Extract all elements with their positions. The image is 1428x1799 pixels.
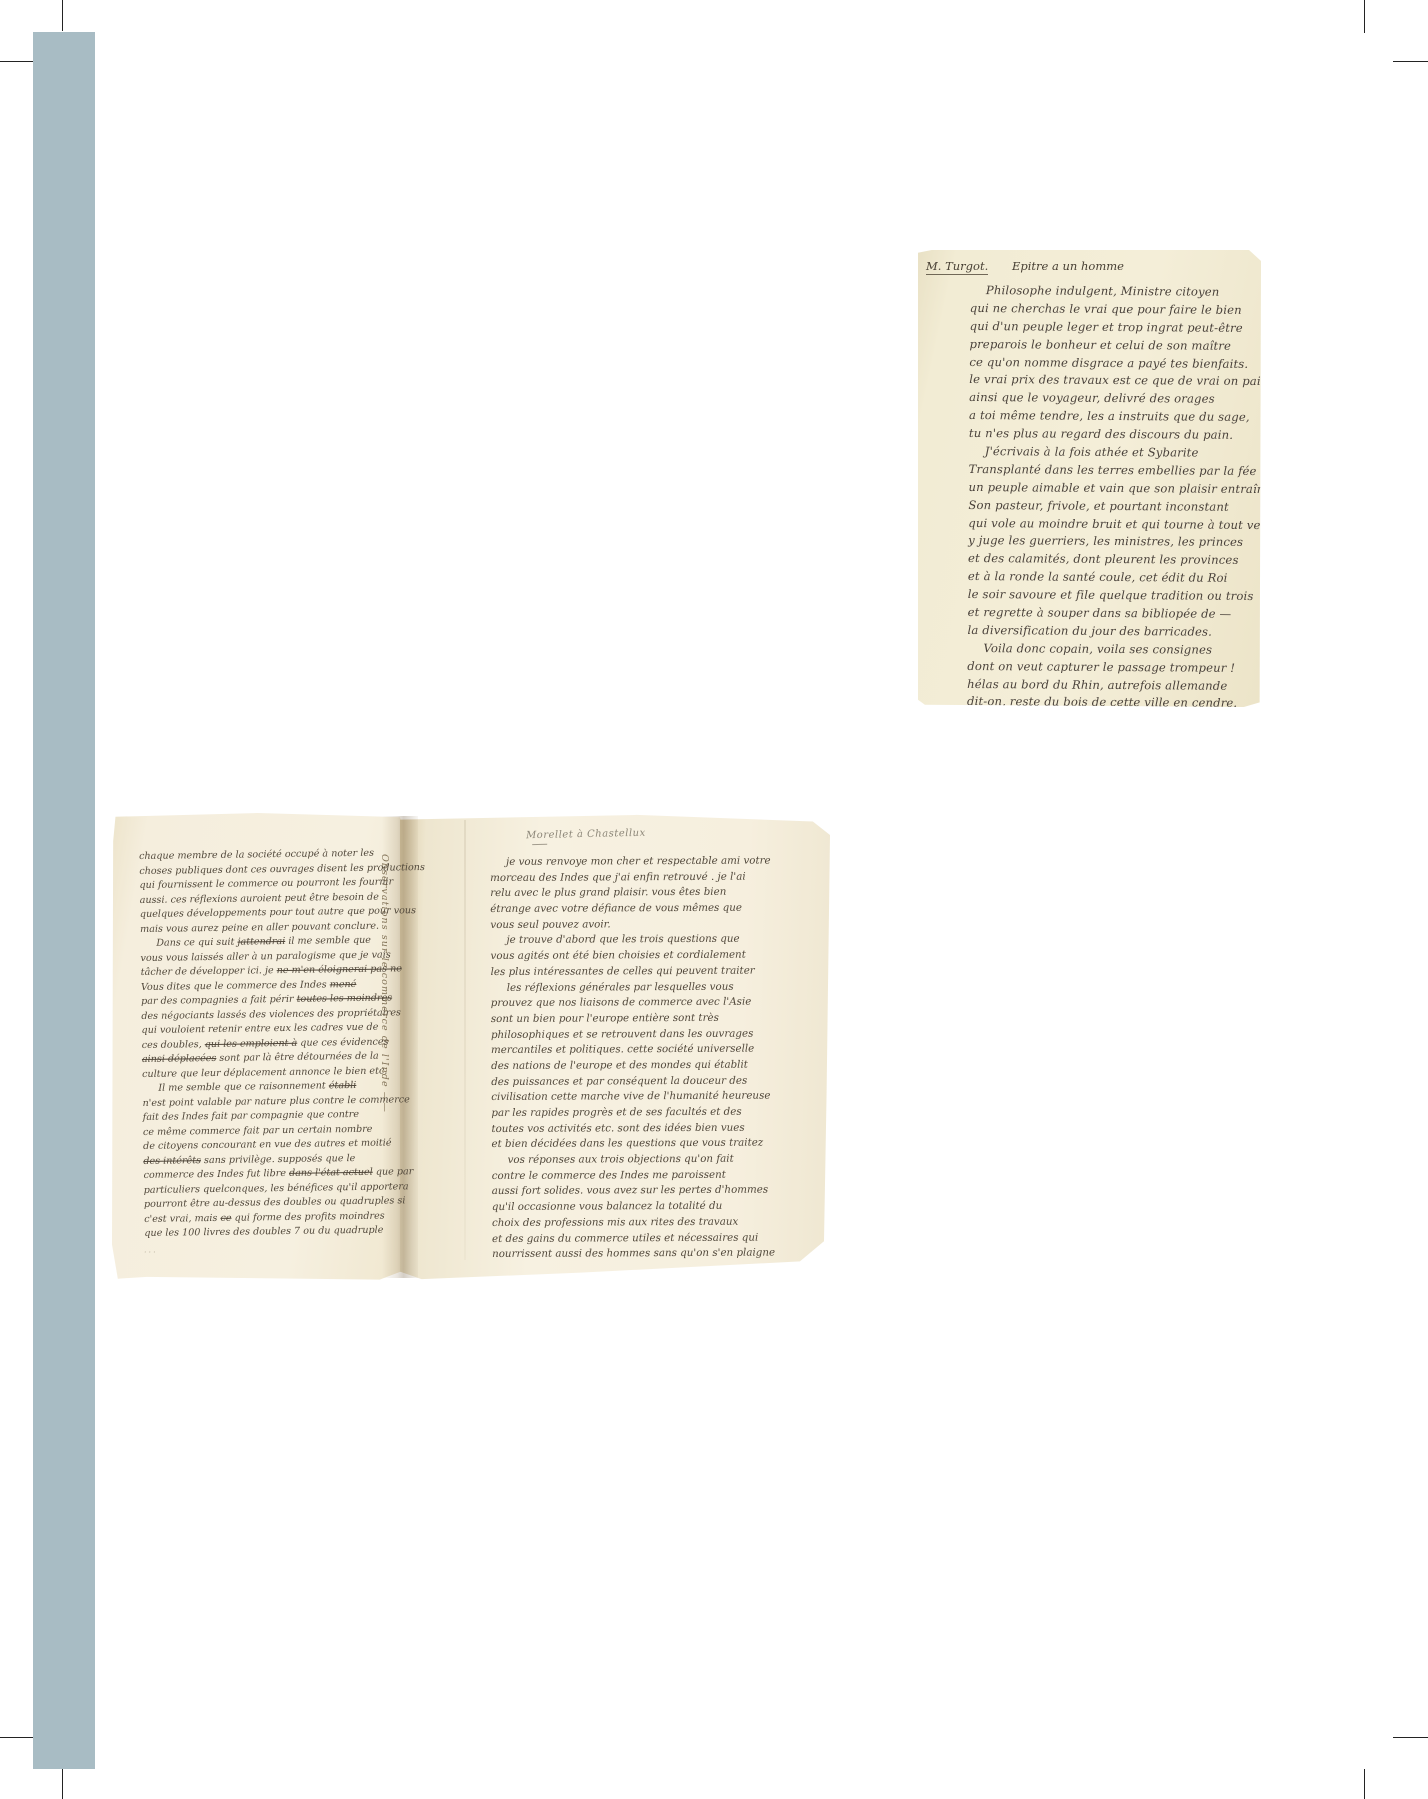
handwritten-line: dont on veut capturer le passage trompeu… <box>967 658 1254 678</box>
handwritten-line: toutes vos activités etc. sont des idées… <box>491 1120 829 1137</box>
handwritten-line: y juge les guerriers, les ministres, les… <box>968 532 1255 552</box>
manuscript-spread: Morellet à Chastellux Observations sur l… <box>112 810 830 1292</box>
handwritten-line: par les rapides progrès et de ses facult… <box>491 1104 829 1121</box>
letter-heading-name: M. Turgot. <box>926 259 988 275</box>
handwritten-line: ce qu'on nomme disgrace a payé tes bienf… <box>969 354 1256 374</box>
manuscript-letter-page: M. Turgot. Epitre a un homme Philosophe … <box>918 250 1261 707</box>
handwritten-line: je vous renvoye mon cher et respectable … <box>490 853 828 870</box>
handwritten-line: étrange avec votre défiance de vous même… <box>490 900 828 917</box>
handwritten-line: un peuple aimable et vain que son plaisi… <box>969 479 1256 499</box>
handwritten-line: vous seul pouvez avoir. <box>490 916 828 933</box>
letter-text-block: Philosophe indulgent, Ministre citoyenqu… <box>967 282 1257 713</box>
letter-heading-title: Epitre a un homme <box>1012 259 1124 273</box>
crop-mark-bottom-right-vertical <box>1364 1769 1365 1799</box>
handwritten-line: et à la ronde la santé coule, cet édit d… <box>968 568 1255 588</box>
handwritten-line: les réflexions générales par lesquelles … <box>491 979 829 996</box>
handwritten-line: Transplanté dans les terres embellies pa… <box>969 461 1256 481</box>
handwritten-line: hélas au bord du Rhin, autrefois alleman… <box>967 676 1254 696</box>
handwritten-line: mercantiles et politiques. cette société… <box>491 1041 829 1058</box>
handwritten-line: vos réponses aux trois objections qu'on … <box>492 1151 830 1168</box>
handwritten-line: contre le commerce des Indes me paroisse… <box>492 1167 830 1184</box>
crop-mark-top-left-vertical <box>62 0 63 31</box>
faint-pencil-mark: ··· <box>144 1248 158 1257</box>
crop-mark-bottom-right-horizontal <box>1393 1737 1428 1738</box>
right-page-text-block: je vous renvoye mon cher et respectable … <box>490 853 830 1263</box>
letter-header: M. Turgot. Epitre a un homme <box>926 259 1253 275</box>
handwritten-line: le soir savoure et file quelque traditio… <box>968 586 1255 606</box>
handwritten-line: civilisation cette marche vive de l'huma… <box>491 1089 829 1106</box>
handwritten-line: ainsi que le voyageur, delivré des orage… <box>969 389 1256 409</box>
handwritten-line: choix des professions mis aux rites des … <box>492 1214 830 1231</box>
handwritten-line: vous agités ont été bien choisies et cor… <box>490 947 828 964</box>
handwritten-line: relu avec le plus grand plaisir. vous êt… <box>490 885 828 902</box>
left-page-text-block: chaque membre de la société occupé à not… <box>139 846 402 1241</box>
handwritten-line: prouvez que nos liaisons de commerce ave… <box>491 994 829 1011</box>
crop-mark-top-right-vertical <box>1364 0 1365 33</box>
crop-mark-top-right-horizontal <box>1393 61 1428 62</box>
catalog-page: M. Turgot. Epitre a un homme Philosophe … <box>0 0 1428 1799</box>
handwritten-line: qui d'un peuple leger et trop ingrat peu… <box>970 318 1257 338</box>
handwritten-line: le vrai prix des travaux est ce que de v… <box>969 371 1256 391</box>
handwritten-line: je trouve d'abord que les trois question… <box>490 932 828 949</box>
handwritten-line: qui ne cherchas le vrai que pour faire l… <box>970 300 1257 320</box>
handwritten-line: et bien décidées dans les questions que … <box>491 1136 829 1153</box>
handwritten-line: qui vole au moindre bruit et qui tourne … <box>968 515 1255 535</box>
handwritten-line: des puissances et par conséquent la douc… <box>491 1073 829 1090</box>
handwritten-line: Son pasteur, frivole, et pourtant incons… <box>968 497 1255 517</box>
handwritten-line: sont un bien pour l'europe entière sont … <box>491 1010 829 1027</box>
handwritten-line: morceau des Indes que j'ai enfin retrouv… <box>490 869 828 886</box>
handwritten-line: et regrette à souper dans sa bibliopée d… <box>968 604 1255 624</box>
accent-bar <box>33 32 95 1769</box>
handwritten-line: dit-on, reste du bois de cette ville en … <box>967 693 1254 713</box>
handwritten-line: a toi même tendre, les a instruits que d… <box>969 407 1256 427</box>
crop-mark-bottom-left-vertical <box>62 1769 63 1799</box>
handwritten-line: les plus intéressantes de celles qui peu… <box>491 963 829 980</box>
handwritten-line: Philosophe indulgent, Ministre citoyen <box>970 282 1257 302</box>
handwritten-line: la diversification du jour des barricade… <box>968 622 1255 642</box>
handwritten-line: qu'il occasionne vous balancez la totali… <box>492 1198 830 1215</box>
handwritten-line: aussi fort solides. vous avez sur les pe… <box>492 1183 830 1200</box>
handwritten-line: des nations de l'europe et des mondes qu… <box>491 1057 829 1074</box>
handwritten-line: preparois le bonheur et celui de son maî… <box>970 336 1257 356</box>
handwritten-line: tu n'es plus au regard des discours du p… <box>969 425 1256 445</box>
crop-mark-bottom-left-horizontal <box>0 1737 35 1738</box>
handwritten-line: Voila donc copain, voila ses consignes <box>967 640 1254 660</box>
handwritten-line: et des gains du commerce utiles et néces… <box>492 1230 830 1247</box>
handwritten-line: J'écrivais à la fois athée et Sybarite <box>969 443 1256 463</box>
crop-mark-top-left-horizontal <box>0 61 35 62</box>
handwritten-line: nourrissent aussi des hommes sans qu'on … <box>492 1245 830 1262</box>
handwritten-line: philosophiques et se retrouvent dans les… <box>491 1026 829 1043</box>
handwritten-line: et des calamités, dont pleurent les prov… <box>968 550 1255 570</box>
